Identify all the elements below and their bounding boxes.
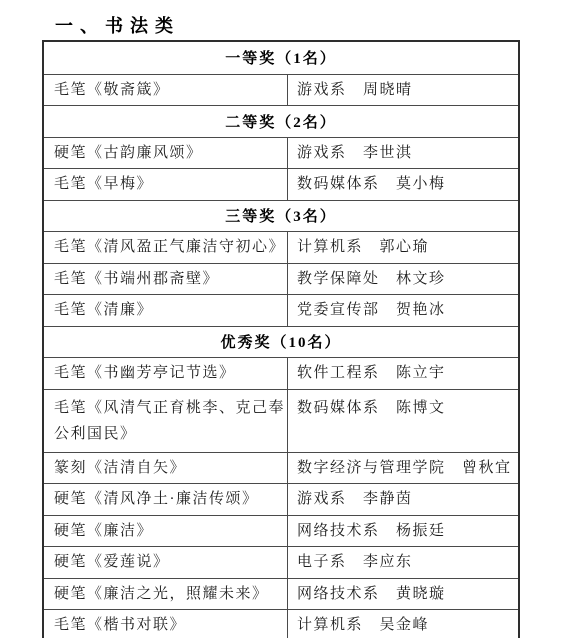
work-cell: 毛笔《清廉》 — [44, 295, 287, 326]
document-heading: 一、书法类 — [55, 12, 180, 38]
affiliation-cell: 软件工程系 陈立宇 — [287, 358, 518, 389]
table-row: 硬笔《廉洁》网络技术系 杨振廷 — [44, 515, 518, 547]
work-cell: 毛笔《敬斋箴》 — [44, 75, 287, 106]
work-cell: 篆刻《洁清自矢》 — [44, 453, 287, 484]
work-cell: 毛笔《清风盈正气廉洁守初心》 — [44, 232, 287, 263]
award-tier-label: 二等奖（2名） — [225, 111, 337, 132]
document-page: 一、书法类 一等奖（1名）毛笔《敬斋箴》游戏系 周晓晴二等奖（2名）硬笔《古韵廉… — [0, 0, 564, 638]
table-row: 毛笔《风清气正育桃李、克己奉公利国民》数码媒体系 陈博文 — [44, 389, 518, 452]
work-cell: 毛笔《风清气正育桃李、克己奉公利国民》 — [44, 390, 287, 452]
affiliation-cell: 电子系 李应东 — [287, 547, 518, 578]
affiliation-cell: 游戏系 李静茵 — [287, 484, 518, 515]
affiliation-cell: 计算机系 郭心瑜 — [287, 232, 518, 263]
table-row: 硬笔《廉洁之光，照耀未来》网络技术系 黄晓璇 — [44, 578, 518, 610]
table-row: 毛笔《清风盈正气廉洁守初心》计算机系 郭心瑜 — [44, 231, 518, 263]
awards-table: 一等奖（1名）毛笔《敬斋箴》游戏系 周晓晴二等奖（2名）硬笔《古韵廉风颂》游戏系… — [42, 40, 520, 638]
affiliation-cell: 网络技术系 杨振廷 — [287, 516, 518, 547]
work-cell: 硬笔《爱莲说》 — [44, 547, 287, 578]
affiliation-cell: 网络技术系 黄晓璇 — [287, 579, 518, 610]
award-tier-label: 三等奖（3名） — [225, 205, 337, 226]
affiliation-cell: 游戏系 周晓晴 — [287, 75, 518, 106]
award-tier-header: 二等奖（2名） — [44, 105, 518, 137]
affiliation-cell: 教学保障处 林文珍 — [287, 264, 518, 295]
award-tier-label: 优秀奖（10名） — [220, 331, 341, 352]
award-tier-label: 一等奖（1名） — [225, 47, 337, 68]
award-tier-header: 三等奖（3名） — [44, 200, 518, 232]
affiliation-cell: 党委宣传部 贺艳冰 — [287, 295, 518, 326]
affiliation-cell: 计算机系 吴金峰 — [287, 610, 518, 638]
table-row: 毛笔《书幽芳亭记节选》软件工程系 陈立宇 — [44, 357, 518, 389]
table-row: 毛笔《楷书对联》计算机系 吴金峰 — [44, 609, 518, 638]
table-row: 毛笔《清廉》党委宣传部 贺艳冰 — [44, 294, 518, 326]
award-tier-header: 优秀奖（10名） — [44, 326, 518, 358]
affiliation-cell: 数码媒体系 莫小梅 — [287, 169, 518, 200]
work-cell: 硬笔《廉洁之光，照耀未来》 — [44, 579, 287, 610]
table-row: 篆刻《洁清自矢》数字经济与管理学院 曾秋宜 — [44, 452, 518, 484]
table-row: 毛笔《早梅》数码媒体系 莫小梅 — [44, 168, 518, 200]
work-cell: 硬笔《古韵廉风颂》 — [44, 138, 287, 169]
work-cell: 硬笔《廉洁》 — [44, 516, 287, 547]
table-row: 毛笔《敬斋箴》游戏系 周晓晴 — [44, 74, 518, 106]
affiliation-cell: 数字经济与管理学院 曾秋宜 — [287, 453, 518, 484]
work-cell: 毛笔《书端州郡斋壁》 — [44, 264, 287, 295]
table-row: 毛笔《书端州郡斋壁》教学保障处 林文珍 — [44, 263, 518, 295]
table-row: 硬笔《爱莲说》电子系 李应东 — [44, 546, 518, 578]
affiliation-cell: 数码媒体系 陈博文 — [287, 390, 518, 452]
work-cell: 硬笔《清风净土·廉洁传颂》 — [44, 484, 287, 515]
affiliation-cell: 游戏系 李世淇 — [287, 138, 518, 169]
table-row: 硬笔《古韵廉风颂》游戏系 李世淇 — [44, 137, 518, 169]
table-row: 硬笔《清风净土·廉洁传颂》游戏系 李静茵 — [44, 483, 518, 515]
work-cell: 毛笔《楷书对联》 — [44, 610, 287, 638]
work-cell: 毛笔《早梅》 — [44, 169, 287, 200]
work-cell: 毛笔《书幽芳亭记节选》 — [44, 358, 287, 389]
award-tier-header: 一等奖（1名） — [44, 42, 518, 74]
